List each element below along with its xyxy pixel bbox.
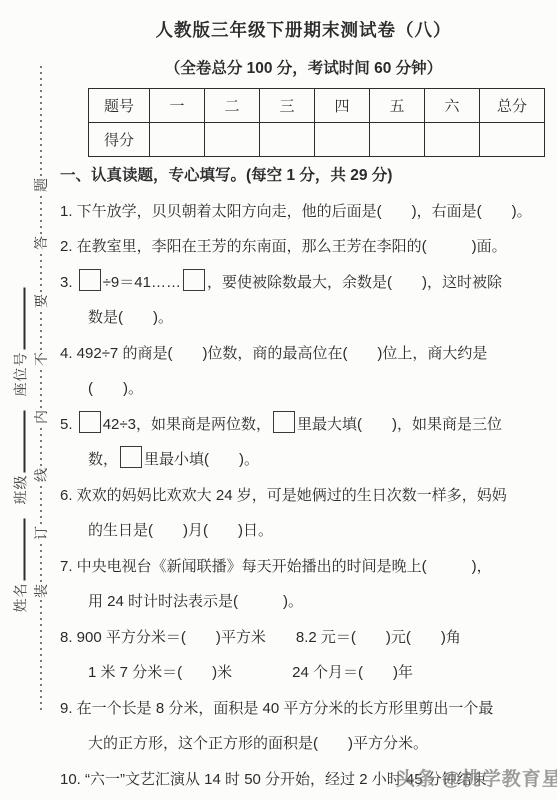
answer-box bbox=[120, 446, 142, 468]
margin-field: 姓名 bbox=[8, 519, 35, 613]
score-table-header-cell: 二 bbox=[205, 89, 260, 123]
question-line: 6. 欢欢的妈妈比欢欢大 24 岁，可是她俩过的生日次数一样多，妈妈 bbox=[60, 478, 547, 514]
margin-field: 座位号 bbox=[8, 288, 35, 397]
answer-box bbox=[273, 411, 295, 433]
score-table-header-cell: 题号 bbox=[89, 89, 150, 123]
question-line: 1 米 7 分米＝( )米 24 个月＝( )年 bbox=[60, 655, 547, 691]
score-table-header-row: 题号一二三四五六总分 bbox=[89, 89, 545, 123]
score-table-header-cell: 六 bbox=[425, 89, 480, 123]
question: 3. ÷9＝41……，要使被除数最大，余数是( )，这时被除数是( )。 bbox=[60, 265, 547, 336]
page-title: 人教版三年级下册期末测试卷（八） bbox=[60, 17, 547, 42]
score-table: 题号一二三四五六总分 得分 bbox=[88, 88, 545, 157]
dotted-segment bbox=[40, 310, 42, 350]
question: 2. 在教室里，李阳在王芳的东南面，那么王芳在李阳的( )面。 bbox=[60, 229, 547, 265]
margin-field-blank bbox=[10, 411, 26, 473]
score-cell-empty bbox=[315, 123, 370, 157]
margin-field-label: 座位号 bbox=[13, 352, 29, 397]
answer-box bbox=[79, 411, 101, 433]
question-line: 9. 在一个长是 8 分米，面积是 40 平方分米的长方形里剪出一个最 bbox=[60, 691, 547, 727]
margin-field-label: 姓名 bbox=[13, 583, 29, 613]
question-area: 一、认真读题，专心填写。(每空 1 分，共 29 分) 1. 下午放学，贝贝朝着… bbox=[60, 158, 547, 797]
exam-subtitle: （全卷总分 100 分，考试时间 60 分钟） bbox=[60, 56, 547, 78]
score-table-header-cell: 三 bbox=[260, 89, 315, 123]
dotted-segment bbox=[40, 194, 42, 234]
question-line: 4. 492÷7 的商是( )位数，商的最高位在( )位上，商大约是 bbox=[60, 336, 547, 372]
dotted-segment bbox=[40, 252, 42, 292]
watermark: 头条 @桃学教育星星 bbox=[396, 764, 557, 791]
question-line: 7. 中央电视台《新闻联播》每天开始播出的时间是晚上( )， bbox=[60, 549, 547, 585]
score-row-label: 得分 bbox=[89, 123, 150, 157]
question-line: 的生日是( )月( )日。 bbox=[60, 513, 547, 549]
score-table-header-cell: 五 bbox=[370, 89, 425, 123]
dotted-segment bbox=[40, 600, 42, 710]
question-line: 5. 42÷3，如果商是两位数，里最大填( )，如果商是三位 bbox=[60, 407, 547, 443]
score-table-header-cell: 总分 bbox=[480, 89, 545, 123]
score-table-header-cell: 四 bbox=[315, 89, 370, 123]
dotted-segment bbox=[40, 368, 42, 408]
question-line: 数，里最小填( )。 bbox=[60, 442, 547, 478]
score-table-header-cell: 一 bbox=[150, 89, 205, 123]
score-table-score-row: 得分 bbox=[89, 123, 545, 157]
answer-box bbox=[183, 269, 205, 291]
dotted-segment bbox=[40, 66, 42, 176]
question-line: 数是( )。 bbox=[60, 300, 547, 336]
section-heading: 一、认真读题，专心填写。(每空 1 分，共 29 分) bbox=[60, 158, 547, 194]
question-line: 2. 在教室里，李阳在王芳的东南面，那么王芳在李阳的( )面。 bbox=[60, 229, 547, 265]
question: 5. 42÷3，如果商是两位数，里最大填( )，如果商是三位数，里最小填( )。 bbox=[60, 407, 547, 478]
question-line: 3. ÷9＝41……，要使被除数最大，余数是( )，这时被除 bbox=[60, 265, 547, 301]
dotted-segment bbox=[40, 426, 42, 466]
score-cell-empty bbox=[480, 123, 545, 157]
question-list: 1. 下午放学，贝贝朝着太阳方向走，他的后面是( )，右面是( )。2. 在教室… bbox=[60, 194, 547, 798]
exam-content: 人教版三年级下册期末测试卷（八） （全卷总分 100 分，考试时间 60 分钟）… bbox=[60, 0, 547, 797]
question: 7. 中央电视台《新闻联播》每天开始播出的时间是晚上( )，用 24 时计时法表… bbox=[60, 549, 547, 620]
dotted-segment bbox=[40, 484, 42, 524]
question: 1. 下午放学，贝贝朝着太阳方向走，他的后面是( )，右面是( )。 bbox=[60, 194, 547, 230]
score-cell-empty bbox=[150, 123, 205, 157]
score-cell-empty bbox=[260, 123, 315, 157]
binding-char: 题 bbox=[30, 178, 52, 192]
binding-char: 答 bbox=[30, 236, 52, 250]
question: 4. 492÷7 的商是( )位数，商的最高位在( )位上，商大约是( )。 bbox=[60, 336, 547, 407]
margin-field-blank bbox=[10, 519, 26, 581]
question-line: 大的正方形，这个正方形的面积是( )平方分米。 bbox=[60, 726, 547, 762]
margin-field: 班级 bbox=[8, 411, 35, 505]
answer-box bbox=[79, 269, 101, 291]
score-cell-empty bbox=[425, 123, 480, 157]
question-line: ( )。 bbox=[60, 371, 547, 407]
exam-page: 装订线内不要答题 姓名班级座位号 人教版三年级下册期末测试卷（八） （全卷总分 … bbox=[0, 0, 557, 800]
dotted-segment bbox=[40, 542, 42, 582]
margin-fields: 姓名班级座位号 bbox=[8, 268, 34, 613]
question-line: 8. 900 平方分米＝( )平方米 8.2 元＝( )元( )角 bbox=[60, 620, 547, 656]
score-cell-empty bbox=[205, 123, 260, 157]
question: 8. 900 平方分米＝( )平方米 8.2 元＝( )元( )角1 米 7 分… bbox=[60, 620, 547, 691]
margin-field-blank bbox=[10, 288, 26, 350]
question: 9. 在一个长是 8 分米，面积是 40 平方分米的长方形里剪出一个最大的正方形… bbox=[60, 691, 547, 762]
question: 6. 欢欢的妈妈比欢欢大 24 岁，可是她俩过的生日次数一样多，妈妈的生日是( … bbox=[60, 478, 547, 549]
question-line: 1. 下午放学，贝贝朝着太阳方向走，他的后面是( )，右面是( )。 bbox=[60, 194, 547, 230]
margin-field-label: 班级 bbox=[13, 475, 29, 505]
question-line: 用 24 时计时法表示是( )。 bbox=[60, 584, 547, 620]
score-cell-empty bbox=[370, 123, 425, 157]
